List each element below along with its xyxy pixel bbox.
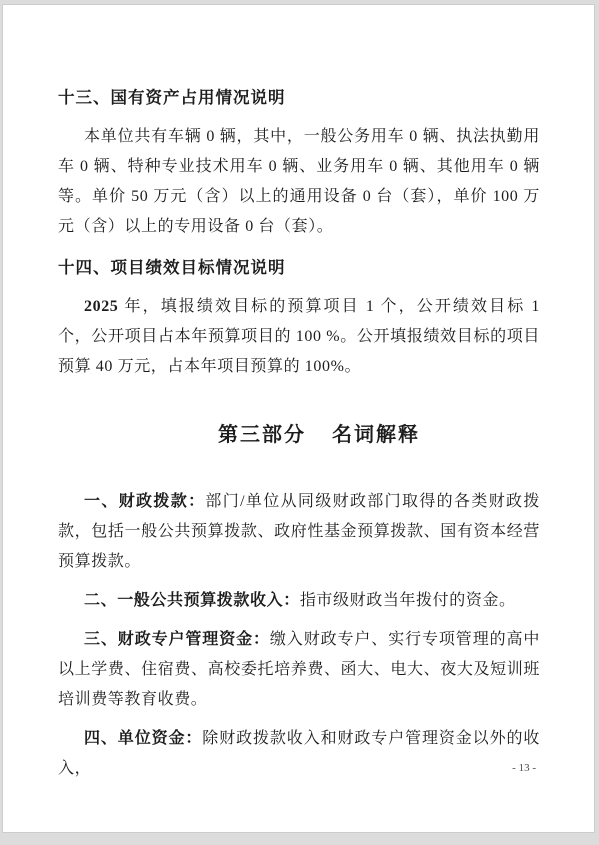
definition-2: 二、一般公共预算拨款收入：指市级财政当年拨付的资金。	[58, 586, 540, 616]
part-3-title: 第三部分名词解释	[58, 415, 540, 455]
definition-1: 一、财政拨款：部门/单位从同级财政部门取得的各类财政拨款，包括一般公共预算拨款、…	[58, 487, 540, 577]
definition-4: 四、单位资金：除财政拨款收入和财政专户管理资金以外的收入，	[58, 724, 540, 784]
document-body: 十三、国有资产占用情况说明本单位共有车辆 0 辆，其中，一般公务用车 0 辆、执…	[58, 83, 540, 784]
section-14-heading: 十四、项目绩效目标情况说明	[58, 253, 540, 283]
section-13-paragraph: 本单位共有车辆 0 辆，其中，一般公务用车 0 辆、执法执勤用车 0 辆、特种专…	[58, 122, 540, 242]
document-page: 十三、国有资产占用情况说明本单位共有车辆 0 辆，其中，一般公务用车 0 辆、执…	[2, 4, 595, 833]
part-3-title-right: 名词解释	[332, 424, 420, 446]
definition-3: 三、财政专户管理资金：缴入财政专户、实行专项管理的高中以上学费、住宿费、高校委托…	[58, 625, 540, 715]
section-14-paragraph: 2025 年，填报绩效目标的预算项目 1 个，公开绩效目标 1 个，公开项目占本…	[58, 292, 540, 382]
part-3-title-left: 第三部分	[218, 424, 306, 446]
page-number: - 13 -	[3, 761, 536, 775]
section-13-heading: 十三、国有资产占用情况说明	[58, 83, 540, 113]
